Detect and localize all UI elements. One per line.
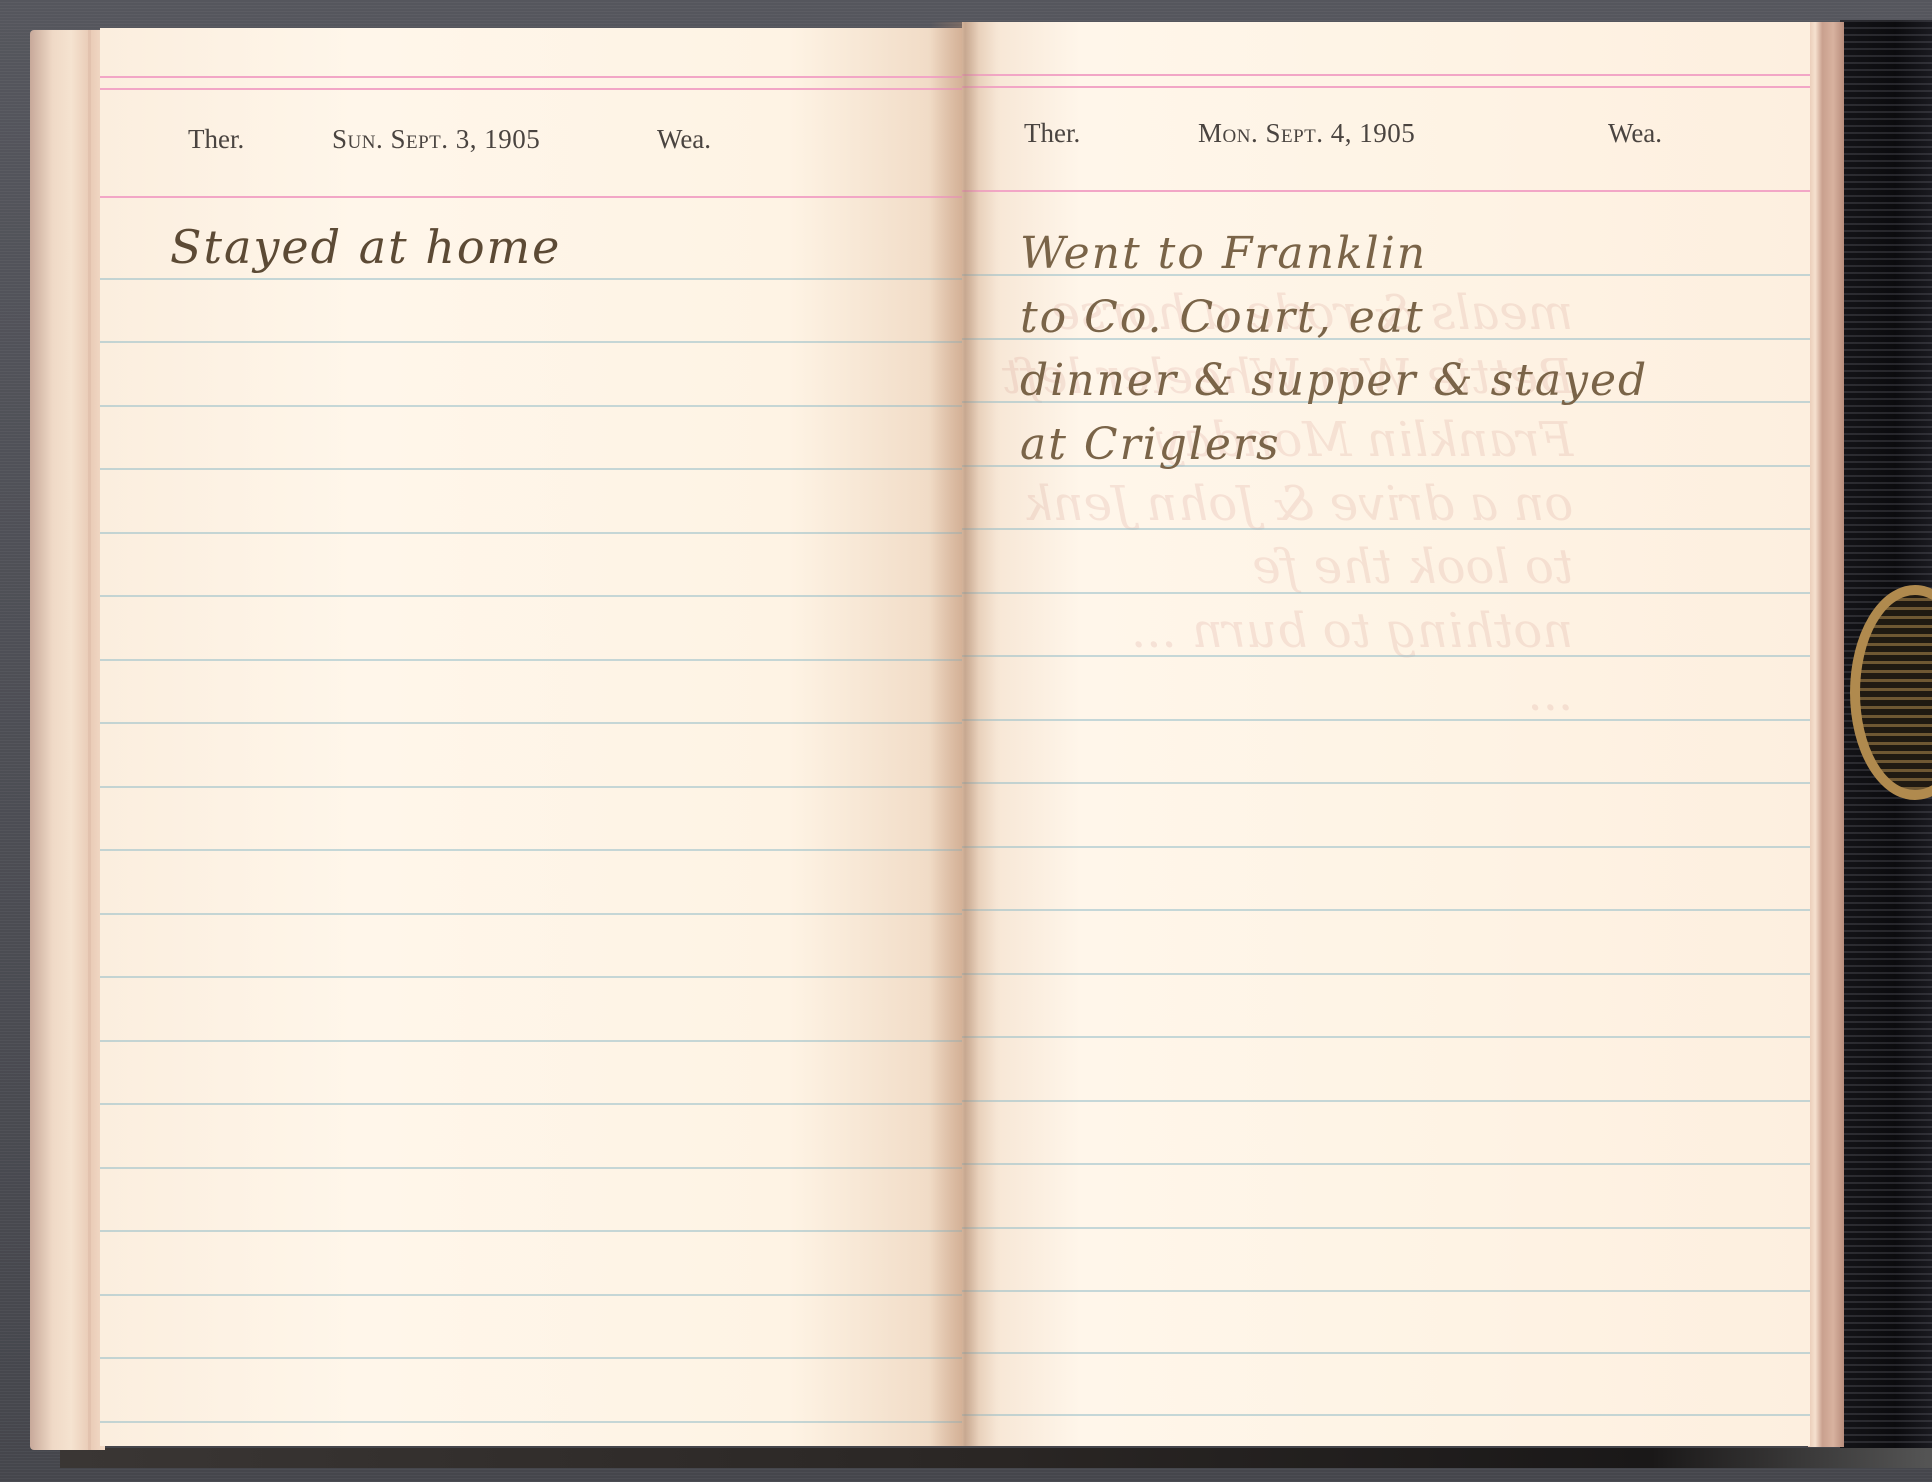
entry-line: Stayed at home: [170, 216, 561, 280]
pink-rule-top-1: [962, 74, 1810, 76]
ruled-line: [962, 1414, 1810, 1416]
ruled-line: [100, 659, 962, 661]
entry-line: Went to Franklin: [1020, 222, 1648, 286]
ruled-line: [962, 592, 1810, 594]
ruled-line: [962, 782, 1810, 784]
entry-line: dinner & supper & stayed: [1020, 349, 1648, 413]
ruled-line: [100, 1357, 962, 1359]
entry-line: to Co. Court, eat: [1020, 286, 1648, 350]
diary-entry: Stayed at home: [170, 216, 561, 280]
ruled-line: [100, 595, 962, 597]
ruled-line: [962, 528, 1810, 530]
weather-label: Wea.: [657, 124, 711, 155]
ruled-line: [100, 786, 962, 788]
ruled-line: [100, 532, 962, 534]
right-page-edges: [1808, 22, 1844, 1447]
ruled-line: [100, 1040, 962, 1042]
weather-label: Wea.: [1608, 118, 1662, 149]
ruled-line: [100, 913, 962, 915]
ruled-line: [962, 1100, 1810, 1102]
pink-rule-top-2: [962, 86, 1810, 88]
ruled-line: [100, 341, 962, 343]
pink-rule-header: [962, 190, 1810, 192]
ruled-line: [100, 1230, 962, 1232]
ruled-line: [100, 1103, 962, 1105]
entry-line: at Criglers: [1020, 413, 1648, 477]
book-cover-bottom-edge: [60, 1448, 1932, 1468]
ruled-line: [962, 1290, 1810, 1292]
pink-rule-top-1: [100, 76, 962, 78]
ruled-line: [962, 1036, 1810, 1038]
page-date: Mon. Sept. 4, 1905: [1198, 118, 1415, 149]
ruled-line: [100, 722, 962, 724]
ruled-line: [962, 973, 1810, 975]
ruled-line: [100, 1421, 962, 1423]
pink-rule-header: [100, 196, 962, 198]
ruled-line: [100, 1294, 962, 1296]
ruled-line: [962, 1227, 1810, 1229]
ruled-line: [962, 1163, 1810, 1165]
ruled-line: [962, 909, 1810, 911]
thermometer-label: Ther.: [188, 124, 244, 155]
ruled-line: [100, 468, 962, 470]
thermometer-label: Ther.: [1024, 118, 1080, 149]
page-date: Sun. Sept. 3, 1905: [332, 124, 540, 155]
diary-page-left: Ther. Sun. Sept. 3, 1905 Wea. Stayed at …: [100, 28, 962, 1446]
left-page-edges: [30, 30, 105, 1450]
ruled-line: [100, 405, 962, 407]
ruled-line: [962, 846, 1810, 848]
ruled-line: [100, 1167, 962, 1169]
ruled-line: [962, 719, 1810, 721]
ruled-line: [962, 1352, 1810, 1354]
ruled-line: [100, 849, 962, 851]
page-header: Ther. Mon. Sept. 4, 1905 Wea.: [962, 118, 1810, 158]
pink-rule-top-2: [100, 88, 962, 90]
diary-entry: Went to Franklin to Co. Court, eat dinne…: [1020, 222, 1648, 476]
ruled-line: [962, 655, 1810, 657]
ruled-line: [100, 976, 962, 978]
page-header: Ther. Sun. Sept. 3, 1905 Wea.: [100, 124, 962, 164]
diary-page-right: Ther. Mon. Sept. 4, 1905 Wea. meals & ro…: [962, 22, 1810, 1446]
